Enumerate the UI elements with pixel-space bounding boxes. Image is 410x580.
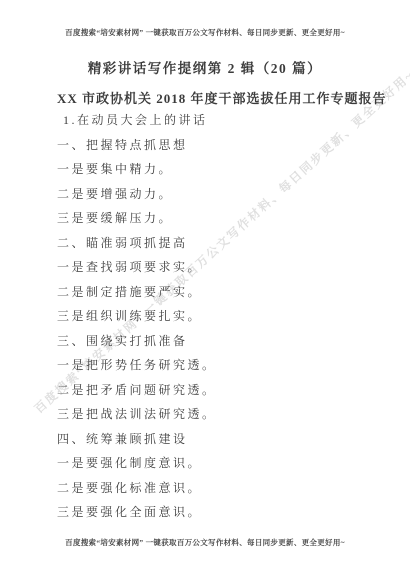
outline-line: 四、统筹兼顾抓建设 (57, 427, 396, 452)
outline-line: 三是把战法训法研究透。 (57, 402, 396, 427)
outline-line: 一是把形势任务研究透。 (57, 353, 396, 378)
outline-body: 1.在动员大会上的讲话一、把握特点抓思想一是要集中精力。二是要增强动力。三是要缓… (57, 108, 396, 525)
outline-line: 二是要强化标准意识。 (57, 476, 396, 501)
outline-line: 三、围绕实打抓准备 (57, 329, 396, 354)
outline-line: 三是要强化全面意识。 (57, 500, 396, 525)
outline-line: 三是组织训练要扎实。 (57, 304, 396, 329)
report-heading: XX 市政协机关 2018 年度干部选拔任用工作专题报告 (57, 88, 387, 107)
header-promo-note: 百度搜索“培安素材网” 一键获取百万公文写作材料、每日同步更新、更全更好用~ (0, 27, 410, 38)
document-title: 精彩讲话写作提纲第 2 辑（20 篇） (0, 57, 410, 77)
outline-line: 二是要增强动力。 (57, 182, 396, 207)
outline-line: 二是制定措施要严实。 (57, 280, 396, 305)
outline-line: 三是要缓解压力。 (57, 206, 396, 231)
outline-line: 一是要集中精力。 (57, 157, 396, 182)
footer-promo-note: 百度搜索“培安素材网” 一键获取百万公文写作材料、每日同步更新、更全更好用~ (0, 537, 410, 548)
outline-line: 一是查找弱项要求实。 (57, 255, 396, 280)
outline-line: 一是要强化制度意识。 (57, 451, 396, 476)
outline-line: 一、把握特点抓思想 (57, 133, 396, 158)
outline-line: 二是把矛盾问题研究透。 (57, 378, 396, 403)
document-page: 百度搜索“培安素材网” 一键获取百万公文写作材料、每日同步更新、更全更好用~ 百… (0, 0, 410, 580)
outline-line: 1.在动员大会上的讲话 (57, 108, 396, 133)
outline-line: 二、瞄准弱项抓提高 (57, 231, 396, 256)
